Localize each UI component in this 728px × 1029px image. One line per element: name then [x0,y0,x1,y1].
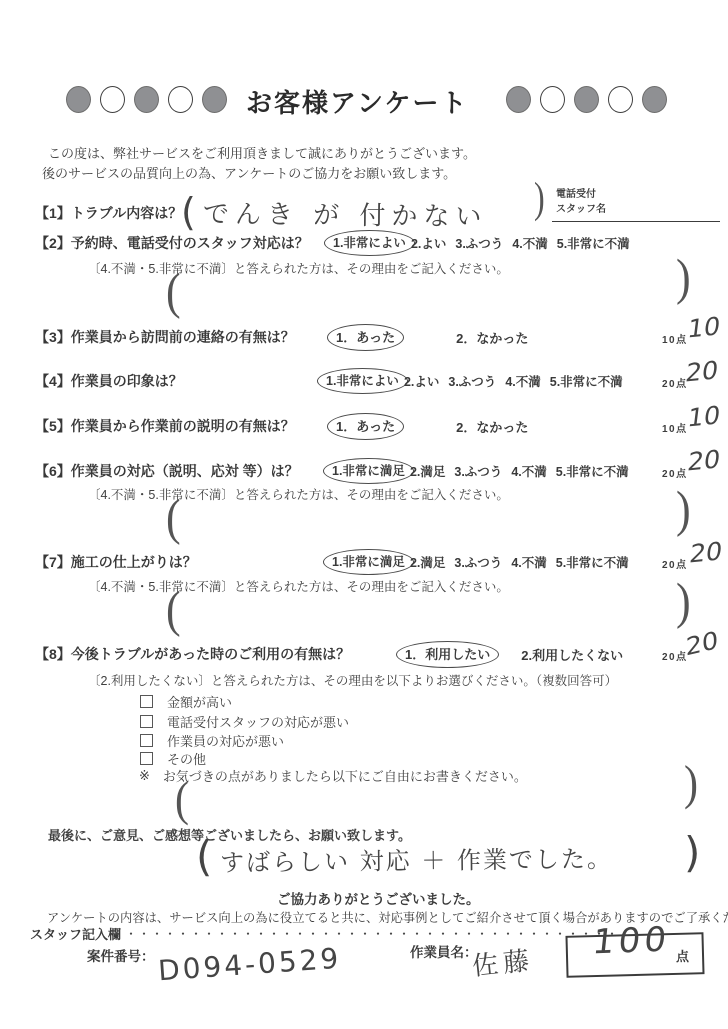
q2-label: 【2】予約時、電話受付のスタッフ対応は？ [35,233,309,253]
outline-circle-icon [608,86,633,113]
outline-circle-icon [100,86,125,113]
q7-reason-open-paren: ( [166,585,181,636]
reference-mark: ※ [139,768,150,784]
q7-reason-note: 〔4.不満・5.非常に不満〕と答えられた方は、その理由をご記入ください。 [88,577,509,595]
outline-circle-icon [540,86,565,113]
q8-checkbox-row: 電話受付スタッフの対応が悪い [140,712,349,731]
q7-options: 1.非常に満足 2.満足 3.ふつう 4.不満 5.非常に不満 [327,552,638,571]
q8-checkbox-row: 金額が高い [140,692,232,711]
q4-option: 5.非常に不満 [550,372,623,390]
final-comment-open-paren: ( [196,832,212,881]
checkbox-icon [140,752,153,765]
q7-option: 3.ふつう [454,553,502,571]
checkbox-icon [140,734,153,747]
worker-name-handwriting: 佐藤 [470,940,536,983]
q8-option-selected: 1．利用したい [396,641,499,668]
final-comment-close-paren: ) [684,828,700,877]
q7-option-selected: 1.非常に満足 [323,549,414,575]
case-number-label: 案件番号： [87,945,155,965]
outline-circle-icon [168,86,193,113]
filled-circle-icon [66,86,91,113]
q6-score-handwriting: 20 [686,444,722,476]
staff-section-label: スタッフ記入欄 [30,924,121,943]
q6-reason-open-paren: ( [166,493,181,544]
q6-reason-close-paren: ) [676,485,691,536]
q6-reason-note: 〔4.不満・5.非常に不満〕と答えられた方は、その理由をご記入ください。 [88,485,509,503]
q6-option: 2.満足 [410,462,445,480]
q3-score-label: 10点 [662,331,688,346]
intro-line1: この度は、弊社サービスをご利用頂きまして誠にありがとうございます。 [42,144,476,164]
checkbox-icon [140,695,153,708]
filled-circle-icon [134,86,159,113]
q3-label: 【3】作業員から訪問前の連絡の有無は？ [35,327,295,347]
q7-option: 2.満足 [410,553,445,571]
q3-option-selected: 1．あった [327,324,404,351]
q5-label: 【5】作業員から作業前の説明の有無は？ [35,416,295,436]
case-number-handwriting: D094-0529 [157,942,342,988]
q5-option-selected: 1．あった [327,413,404,440]
filled-circle-icon [202,86,227,113]
intro-text: この度は、弊社サービスをご利用頂きまして誠にありがとうございます。 後のサービス… [42,144,476,184]
q6-option: 4.不満 [511,462,546,480]
q5-option: 2．なかった [456,417,528,436]
header-decoration-left [66,86,236,113]
final-comment-handwriting: すばらしい 対応 ＋ 作業でした。 [220,839,613,878]
q3-option: 2．なかった [456,328,528,347]
q5-score-handwriting: 10 [686,400,722,432]
phone-staff-bracket: ) [534,175,545,218]
q8-score-label: 20点 [662,648,688,663]
q4-option: 2.よい [404,372,439,390]
q7-score-label: 20点 [662,556,688,571]
q1-answer-handwriting: でんき が 付かない [203,194,488,234]
phone-staff-label-line1: 電話受付 [556,189,596,201]
q6-score-label: 20点 [662,465,688,480]
q2-option: 5.非常に不満 [557,234,630,252]
intro-line2: 後のサービスの品質向上の為、アンケートのご協力をお願い致します。 [42,164,476,184]
q1-label: 【1】トラブル内容は？ [35,203,182,223]
q6-label: 【6】作業員の対応（説明、応対 等）は？ [35,461,299,481]
q1-answer-open-paren: ( [181,190,196,234]
q6-option: 3.ふつう [454,462,502,480]
header-decoration-right [506,86,676,113]
q7-score-handwriting: 20 [688,536,724,568]
checkbox-label: 電話受付スタッフの対応が悪い [167,712,349,731]
q6-options: 1.非常に満足 2.満足 3.ふつう 4.不満 5.非常に不満 [327,461,638,480]
q8-label: 【8】今後トラブルがあった時のご利用の有無は？ [35,644,350,664]
q5-options: 1．あった 2．なかった [331,416,528,436]
q2-reason-close-paren: ) [676,253,691,304]
q4-label: 【4】作業員の印象は？ [35,371,183,391]
q8-score-handwriting: 20 [685,626,718,662]
q8-option: 2.利用したくない [521,645,623,664]
q4-option: 3.ふつう [448,372,496,390]
q5-score-label: 10点 [662,420,688,435]
phone-staff-write-line [552,206,720,222]
q2-reason-note: 〔4.不満・5.非常に不満〕と答えられた方は、その理由をご記入ください。 [88,259,509,277]
total-score-unit: 点 [676,946,689,965]
footer-thanks: ご協力ありがとうございました。 [277,888,480,908]
checkbox-icon [140,715,153,728]
q4-option: 4.不満 [505,372,540,390]
checkbox-label: 金額が高い [167,692,232,711]
q8-free-note: お気づきの点がありましたら以下にご自由にお書きください。 [163,766,527,785]
filled-circle-icon [642,86,667,113]
q8-reason-note: 〔2.利用したくない〕と答えられた方は、その理由を以下よりお選びください。（複数… [88,671,617,689]
dotted-rule: ・・・・・・・・・・・・・・・・・・・・・・・・・・・・・・・・・・・・・・ [125,925,619,942]
q8-free-note-row: ※ お気づきの点がありましたら以下にご自由にお書きください。 [139,766,527,785]
q8-free-open-paren: ( [175,776,189,824]
q6-option: 5.非常に不満 [556,462,629,480]
q6-option-selected: 1.非常に満足 [323,458,414,484]
q3-score-handwriting: 10 [686,311,722,343]
q4-score-handwriting: 20 [684,355,720,387]
page-title: お客様アンケート [246,83,468,120]
q8-checkbox-row: 作業員の対応が悪い [140,731,284,750]
q4-option-selected: 1.非常によい [317,368,408,394]
q7-option: 5.非常に不満 [556,553,629,571]
q2-option: 3.ふつう [455,234,503,252]
q7-option: 4.不満 [511,553,546,571]
checkbox-label: 作業員の対応が悪い [167,731,284,750]
filled-circle-icon [574,86,599,113]
q2-option: 2.よい [411,234,446,252]
survey-scan-page: お客様アンケート この度は、弊社サービスをご利用頂きまして誠にありがとうございま… [0,0,728,1029]
total-score-handwriting: 100 [591,920,672,963]
q7-reason-close-paren: ) [676,577,691,628]
worker-name-label: 作業員名： [410,941,478,961]
q4-options: 1.非常によい 2.よい 3.ふつう 4.不満 5.非常に不満 [321,371,632,390]
q3-options: 1．あった 2．なかった [331,327,528,347]
q2-option: 4.不満 [512,234,547,252]
q8-free-close-paren: ) [684,760,698,808]
q2-options: 1.非常によい 2.よい 3.ふつう 4.不満 5.非常に不満 [328,233,639,252]
q2-reason-open-paren: ( [166,267,181,318]
q8-options: 1．利用したい 2.利用したくない [400,644,623,664]
q7-label: 【7】施工の仕上がりは？ [35,552,197,572]
q2-option-selected: 1.非常によい [324,230,415,256]
filled-circle-icon [506,86,531,113]
